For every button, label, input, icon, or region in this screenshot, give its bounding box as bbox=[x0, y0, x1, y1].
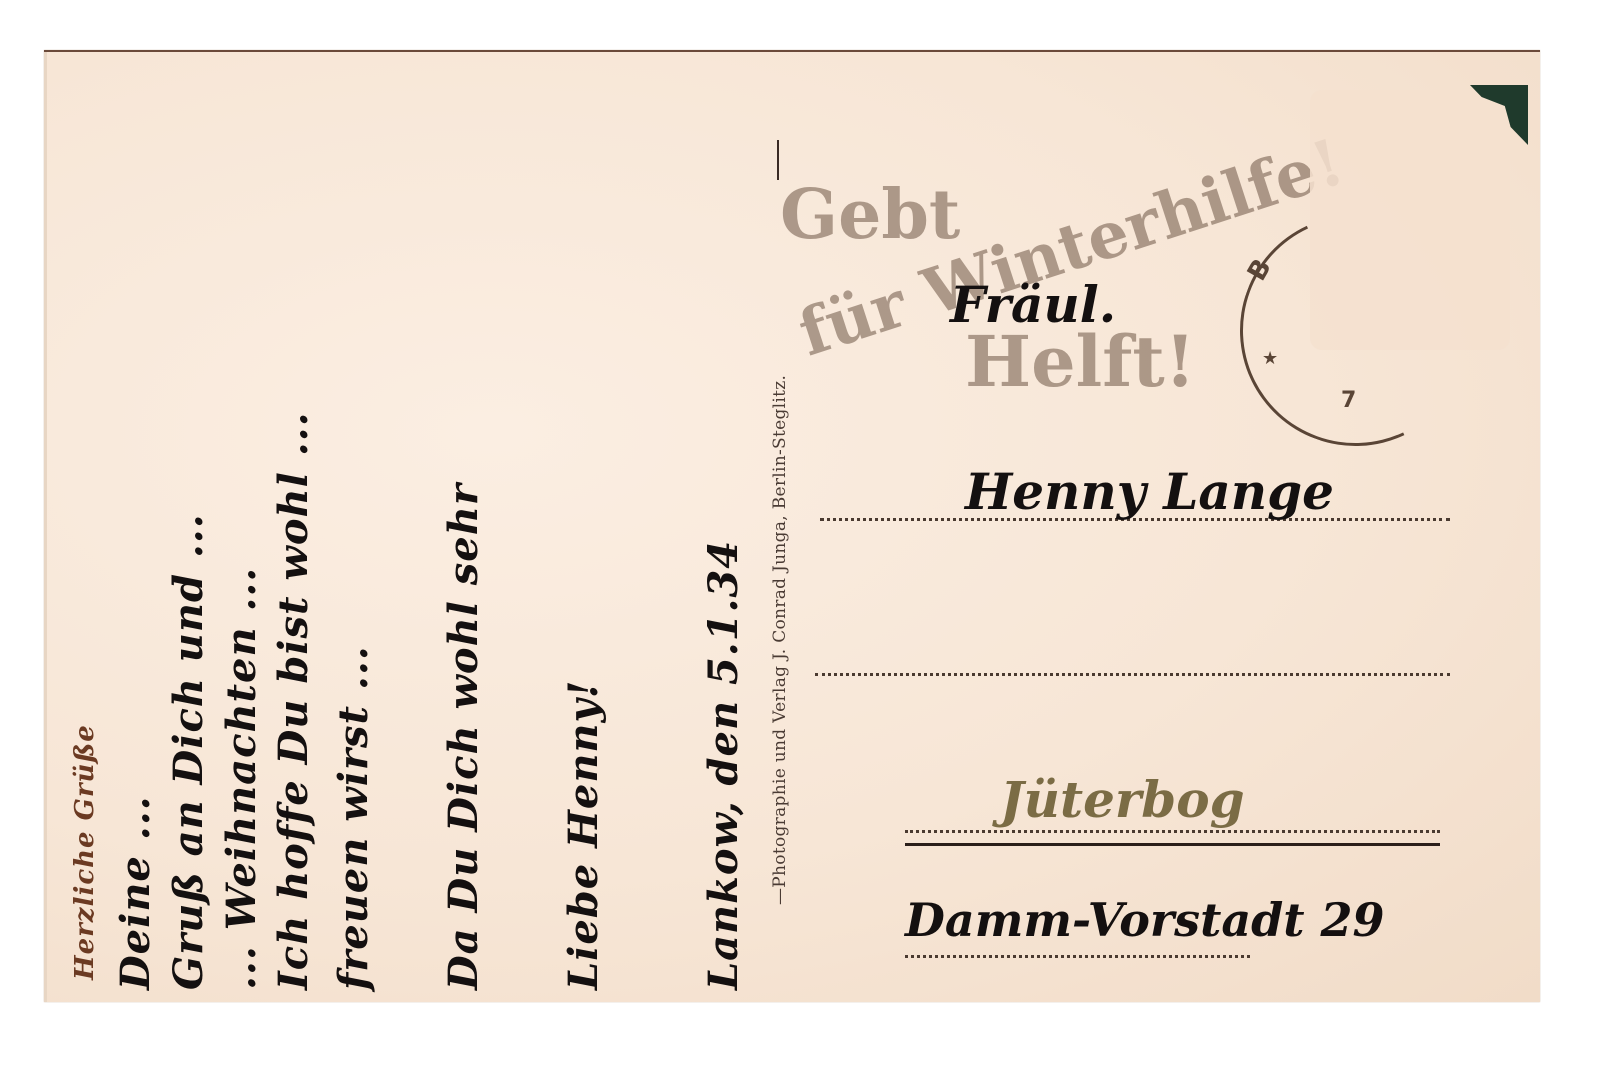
address-city: Jüterbog bbox=[1000, 770, 1245, 829]
publisher-imprint: —Photographie und Verlag J. Conrad Junga… bbox=[770, 375, 790, 905]
message-column: freuen wirst ... bbox=[330, 645, 377, 990]
postmark-star-icon: ★ bbox=[1262, 348, 1278, 369]
message-column: Lankow, den 5.1.34 bbox=[700, 540, 747, 990]
address-line-3 bbox=[905, 830, 1440, 833]
message-column: Liebe Henny! bbox=[560, 680, 607, 990]
address-line-2 bbox=[815, 673, 1450, 676]
message-column: Da Du Dich wohl sehr bbox=[440, 483, 487, 990]
address-line-3-underline bbox=[905, 843, 1440, 846]
message-column: Gruß an Dich und ... bbox=[165, 513, 212, 990]
divider-line bbox=[777, 140, 779, 180]
message-column: Herzliche Grüße bbox=[70, 724, 100, 980]
message-column: Ich hoffe Du bist wohl ... bbox=[270, 412, 317, 991]
address-line-4 bbox=[905, 955, 1250, 958]
message-column: Deine ... bbox=[112, 795, 159, 990]
address-street: Damm-Vorstadt 29 bbox=[905, 893, 1385, 947]
address-recipient: Henny Lange bbox=[965, 462, 1334, 521]
message-column: ... Weihnachten ... bbox=[218, 567, 265, 990]
postmark-number: 7 bbox=[1341, 388, 1356, 413]
slogan-cancel-line1: Gebt bbox=[780, 175, 960, 255]
card-edge bbox=[44, 52, 47, 1002]
address-salutation: Fräul. bbox=[950, 275, 1116, 334]
